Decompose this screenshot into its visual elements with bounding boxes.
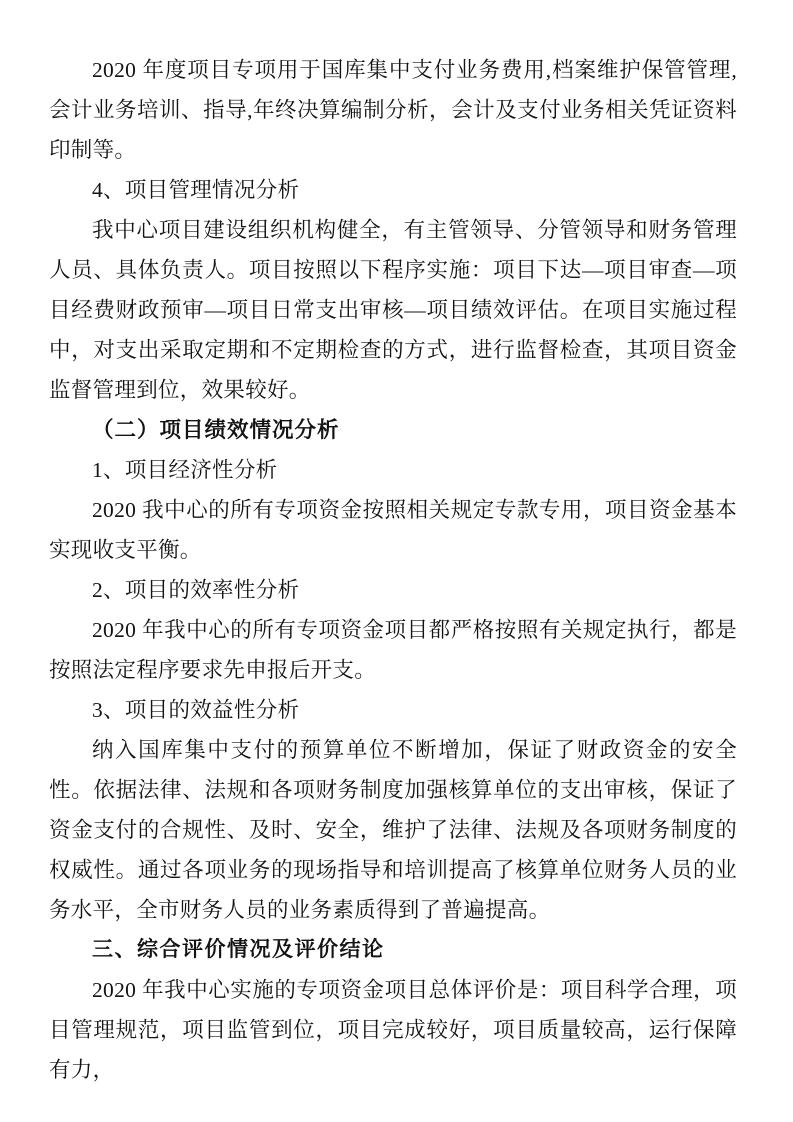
document-page: 2020 年度项目专项用于国库集中支付业务费用,档案维护保管管理,会计业务培训、… bbox=[0, 0, 793, 1122]
subheading-2-efficiency-analysis: 2、项目的效率性分析 bbox=[49, 570, 737, 610]
section-heading-3-comprehensive-evaluation: 三、综合评价情况及评价结论 bbox=[49, 930, 737, 970]
section-heading-2-performance-analysis: （二）项目绩效情况分析 bbox=[49, 410, 737, 450]
subheading-3-effectiveness-analysis: 3、项目的效益性分析 bbox=[49, 690, 737, 730]
subheading-1-economy-analysis: 1、项目经济性分析 bbox=[49, 450, 737, 490]
paragraph-efficiency-analysis: 2020 年我中心的所有专项资金项目都严格按照有关规定执行，都是按照法定程序要求… bbox=[49, 610, 737, 690]
paragraph-project-special-use: 2020 年度项目专项用于国库集中支付业务费用,档案维护保管管理,会计业务培训、… bbox=[49, 50, 737, 170]
paragraph-project-management-detail: 我中心项目建设组织机构健全，有主管领导、分管领导和财务管理人员、具体负责人。项目… bbox=[49, 210, 737, 410]
paragraph-overall-evaluation: 2020 年我中心实施的专项资金项目总体评价是：项目科学合理，项目管理规范，项目… bbox=[49, 970, 737, 1090]
paragraph-effectiveness-analysis: 纳入国库集中支付的预算单位不断增加，保证了财政资金的安全性。依据法律、法规和各项… bbox=[49, 730, 737, 930]
paragraph-economy-analysis: 2020 我中心的所有专项资金按照相关规定专款专用，项目资金基本实现收支平衡。 bbox=[49, 490, 737, 570]
subheading-4-project-management-analysis: 4、项目管理情况分析 bbox=[49, 170, 737, 210]
